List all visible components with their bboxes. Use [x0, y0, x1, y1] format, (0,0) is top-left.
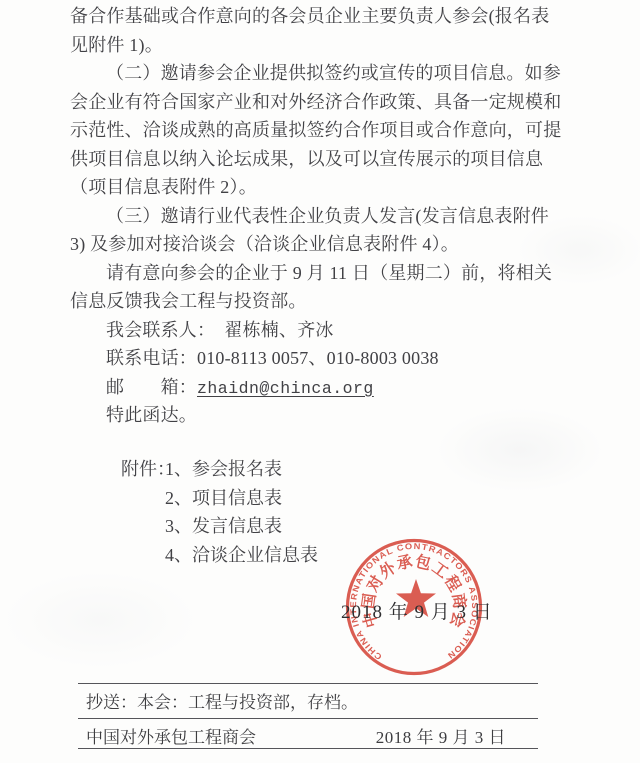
body-line: 备合作基础或合作意向的各会员企业主要负责人参会(报名表 [70, 2, 562, 31]
body-line: 供项目信息以纳入论坛成果，以及可以宣传展示的项目信息 [70, 145, 562, 174]
body-line: 示范性、洽谈成熟的高质量拟签约合作项目或合作意向，可提 [70, 116, 562, 145]
footer-rule [78, 748, 538, 749]
letter-body: 备合作基础或合作意向的各会员企业主要负责人参会(报名表 见附件 1)。 （二）邀… [70, 2, 562, 430]
body-line: 会企业有符合国家产业和对外经济合作政策、具备一定规模和 [70, 88, 562, 117]
attachments-list: 附件： 1、参会报名表 2、项目信息表 3、发言信息表 4、洽谈企业信息表 [121, 455, 318, 569]
body-line: 见附件 1)。 [70, 31, 562, 60]
email-address: zhaidn@chinca.org [197, 379, 374, 398]
body-line: 3) 及参加对接洽谈会（洽谈企业信息表附件 4）。 [70, 230, 562, 259]
body-line: （二）邀请参会企业提供拟签约或宣传的项目信息。如参 [70, 59, 562, 88]
email-label: 邮 箱： [106, 377, 197, 397]
attachments-label: 附件： [121, 455, 165, 484]
body-line: （项目信息表附件 2）。 [70, 173, 562, 202]
official-seal: CHINA INTERNATIONAL CONTRACTORS ASSOCIAT… [335, 527, 495, 687]
issuer-name: 中国对外承包工程商会 [86, 723, 256, 748]
attachment-item: 1、参会报名表 [165, 455, 282, 484]
closing-line: 特此函达。 [70, 401, 562, 430]
contact-person-line: 我会联系人： 翟栋楠、齐冰 [70, 316, 562, 345]
contact-phone-line: 联系电话：010-8113 0057、010-8003 0038 [70, 344, 562, 373]
body-line: 信息反馈我会工程与投资部。 [70, 287, 562, 316]
document-page: 备合作基础或合作意向的各会员企业主要负责人参会(报名表 见附件 1)。 （二）邀… [0, 0, 640, 763]
footer-rule [78, 718, 538, 719]
attachment-row: 附件： 1、参会报名表 [121, 455, 318, 484]
issue-date: 2018 年 9 月 3 日 [376, 723, 506, 748]
body-line: 请有意向参会的企业于 9 月 11 日（星期二）前，将相关 [70, 259, 562, 288]
body-line: （三）邀请行业代表性企业负责人发言(发言信息表附件 [70, 202, 562, 231]
footer-rule [78, 683, 538, 684]
attachment-item: 3、发言信息表 [165, 512, 282, 541]
attachment-row: 4、洽谈企业信息表 [121, 541, 318, 570]
attachment-item: 2、项目信息表 [165, 484, 282, 513]
seal-date: 2018 年 9 月 3 日 [341, 597, 493, 624]
attachment-row: 2、项目信息表 [121, 484, 318, 513]
letter-footer: 抄送：本会：工程与投资部，存档。 中国对外承包工程商会 2018 年 9 月 3… [78, 683, 538, 749]
contact-email-line: 邮 箱：zhaidn@chinca.org [70, 373, 562, 402]
cc-line: 抄送：本会：工程与投资部，存档。 [86, 688, 358, 713]
attachment-row: 3、发言信息表 [121, 512, 318, 541]
issuer-row: 中国对外承包工程商会 2018 年 9 月 3 日 [86, 723, 518, 748]
attachment-item: 4、洽谈企业信息表 [165, 541, 318, 570]
